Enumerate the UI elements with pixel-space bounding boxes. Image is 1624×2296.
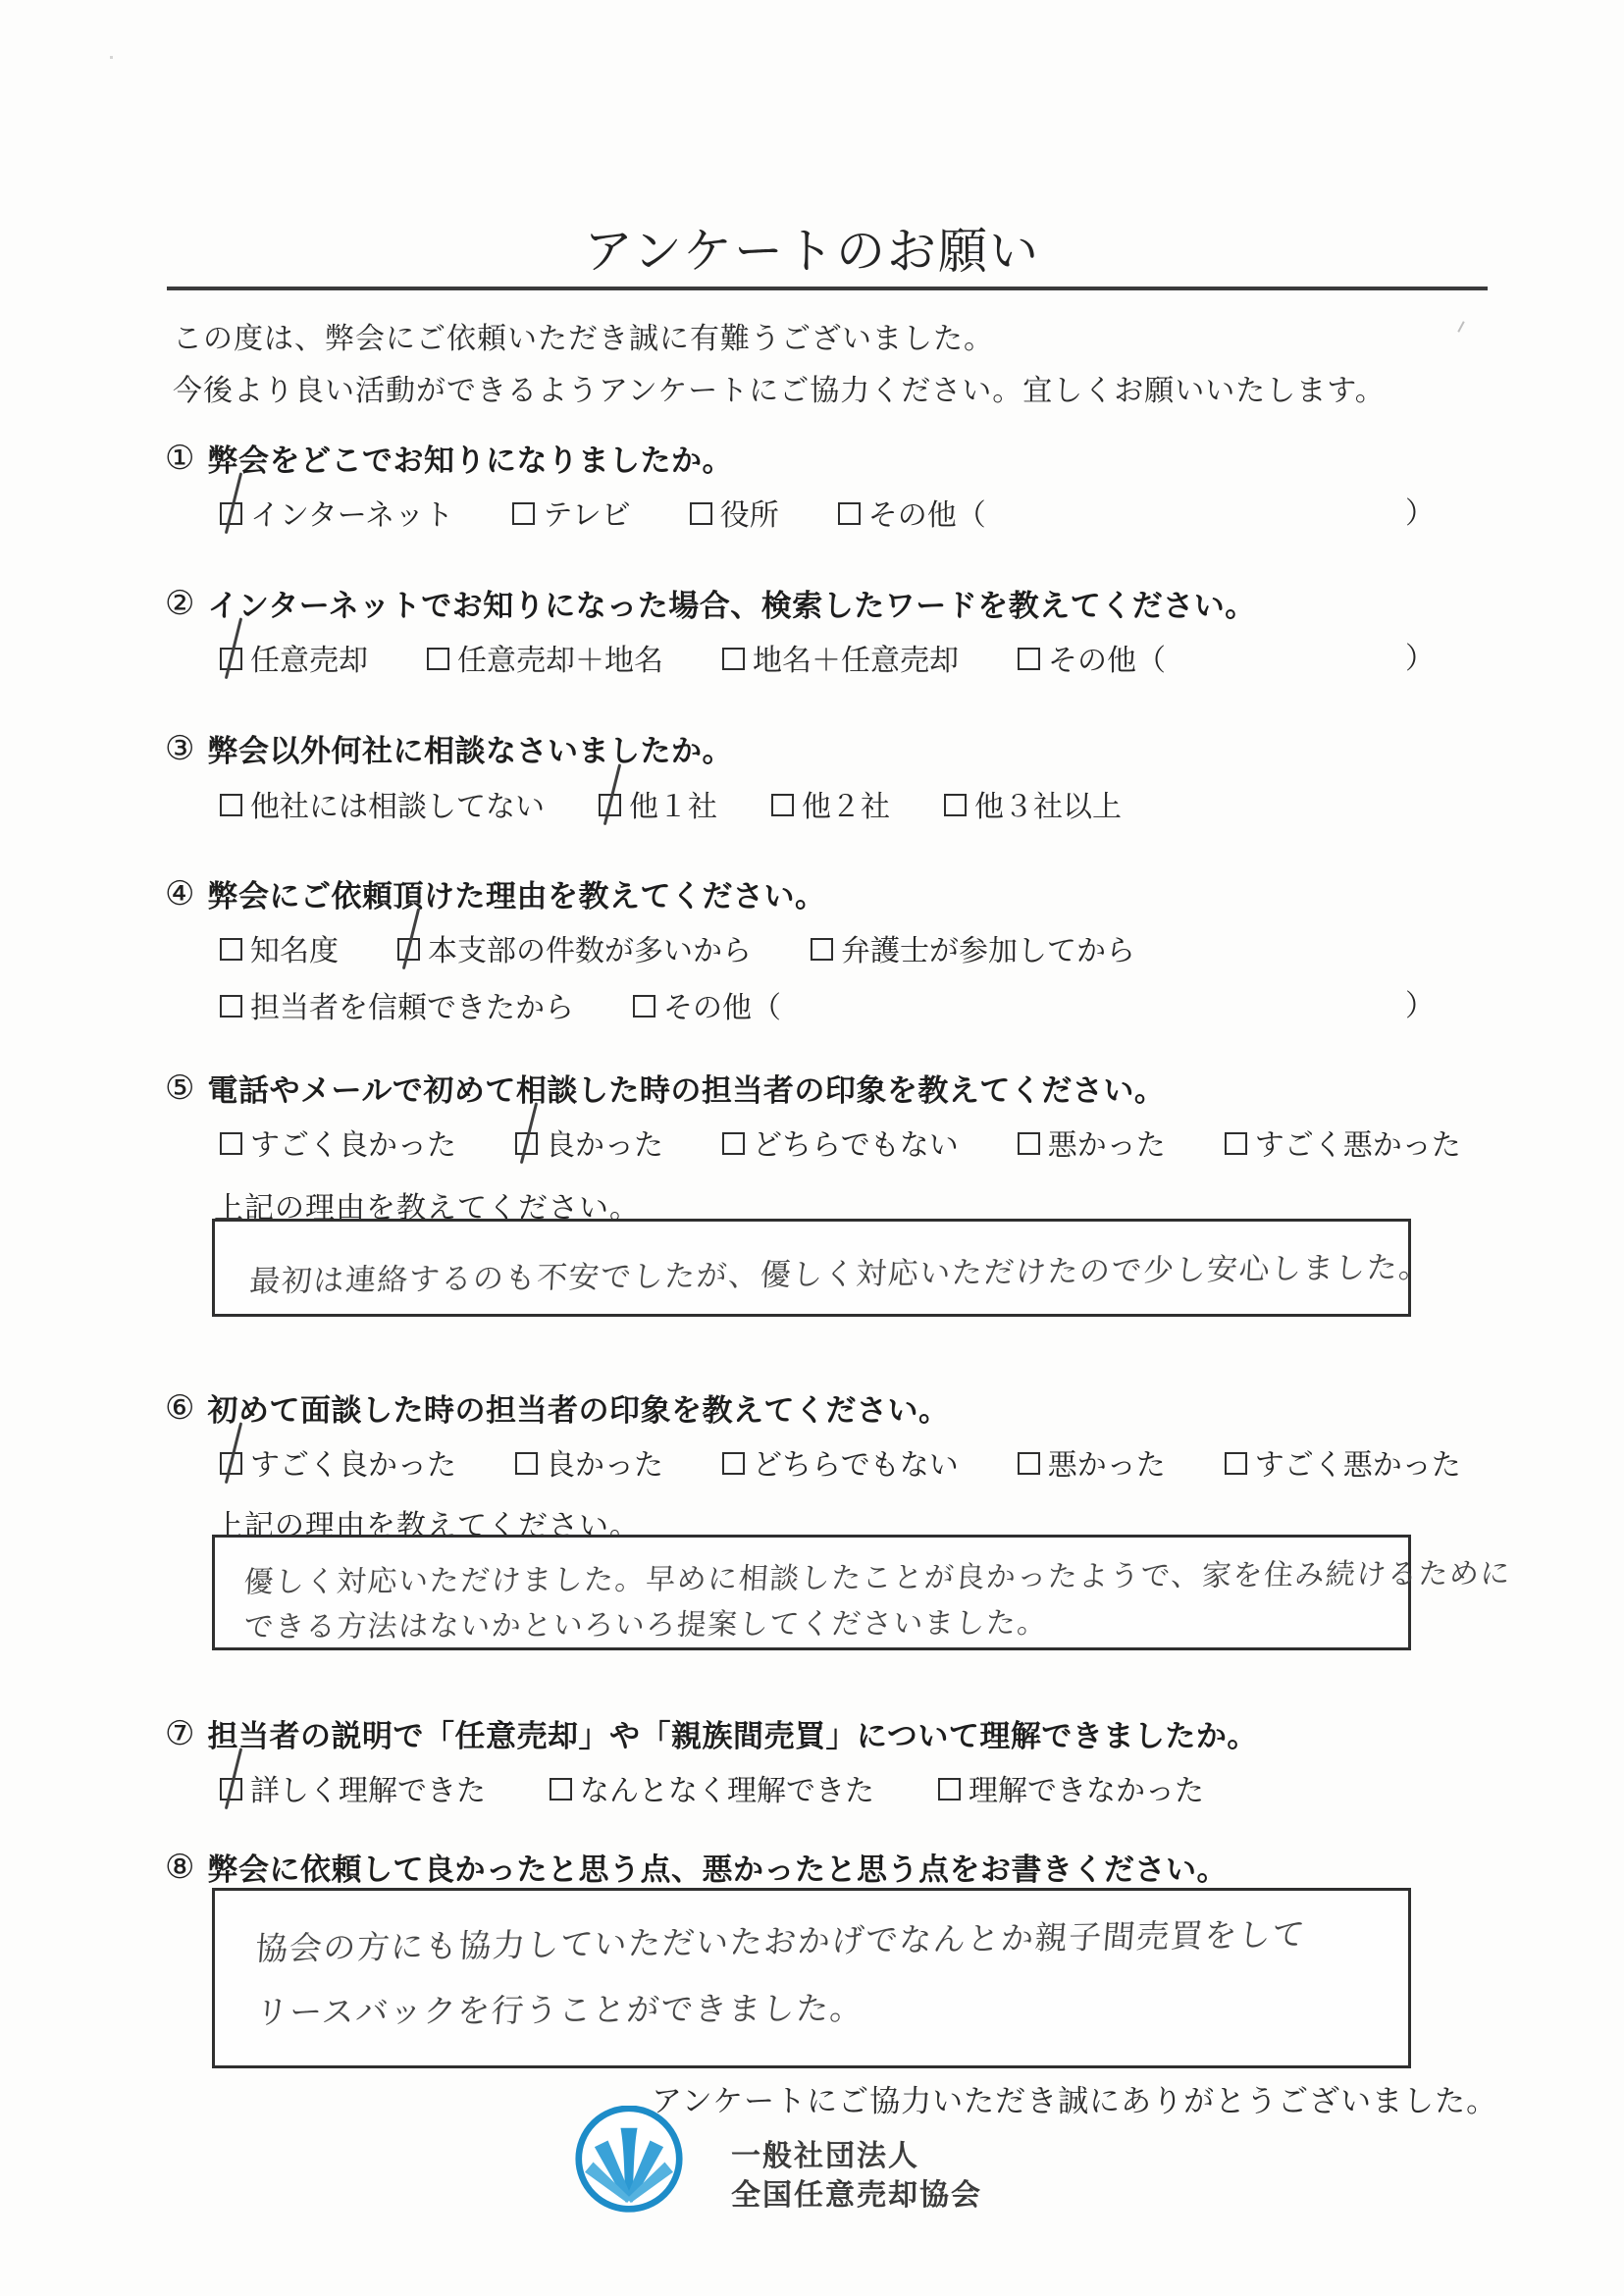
option: 役所 bbox=[690, 491, 779, 534]
option-label: テレビ bbox=[543, 491, 630, 534]
checkbox bbox=[938, 1778, 961, 1800]
checkbox bbox=[220, 794, 242, 816]
option-label: 他１社 bbox=[629, 782, 717, 825]
option: その他（ bbox=[1018, 636, 1166, 679]
option-label: 理解できなかった bbox=[969, 1766, 1204, 1809]
option-label: 本支部の件数が多いから bbox=[428, 926, 752, 969]
question-5-options: すごく良かった 良かった どちらでもない 悪かった すごく悪かった bbox=[220, 1121, 1461, 1164]
question-3-header: ③ 弊会以外何社に相談なさいましたか。 bbox=[165, 726, 733, 770]
thanks-text: アンケートにご協力いただき誠にありがとうございました。 bbox=[652, 2076, 1497, 2120]
comment-box-q8: 協会の方にも協力していただいたおかげでなんとか親子間売買をして リースバックを行… bbox=[212, 1888, 1411, 2068]
option-label: 役所 bbox=[720, 491, 779, 534]
checkbox bbox=[599, 794, 621, 816]
checkbox bbox=[427, 648, 449, 670]
intro-line-1: この度は、弊会にご依頼いただき誠に有難うございました。 bbox=[173, 314, 994, 357]
checkbox bbox=[220, 1132, 242, 1155]
option-label: すごく良かった bbox=[250, 1121, 456, 1164]
fan-logo-icon bbox=[572, 2106, 686, 2216]
option-label: なんとなく理解できた bbox=[580, 1766, 874, 1809]
option-label: どちらでもない bbox=[753, 1121, 959, 1164]
question-3-number: ③ bbox=[165, 732, 194, 765]
handwritten-comment: 協会の方にも協力していただいたおかげでなんとか親子間売買をして bbox=[254, 1909, 1308, 1970]
option-label: どちらでもない bbox=[753, 1440, 959, 1484]
option: 理解できなかった bbox=[938, 1766, 1204, 1809]
checkbox bbox=[811, 938, 833, 961]
question-5-text: 電話やメールで初めて相談した時の担当者の印象を教えてください。 bbox=[207, 1066, 1165, 1110]
checkbox bbox=[1225, 1452, 1247, 1475]
option: 弁護士が参加してから bbox=[811, 926, 1135, 969]
checkbox bbox=[1225, 1132, 1247, 1155]
question-7-number: ⑦ bbox=[165, 1717, 194, 1750]
option: 地名＋任意売却 bbox=[722, 636, 959, 679]
page-title: アンケートのお願い bbox=[0, 212, 1624, 283]
question-4-options-row2: 担当者を信頼できたから その他（ bbox=[220, 983, 781, 1026]
checkbox bbox=[220, 995, 242, 1018]
option: 担当者を信頼できたから bbox=[220, 983, 574, 1026]
checkbox bbox=[1018, 1132, 1040, 1155]
question-2-number: ② bbox=[165, 587, 194, 620]
option: すごく悪かった bbox=[1225, 1440, 1461, 1484]
option: 悪かった bbox=[1018, 1121, 1166, 1164]
question-7-options: 詳しく理解できた なんとなく理解できた 理解できなかった bbox=[220, 1766, 1204, 1809]
checkbox bbox=[220, 1778, 242, 1800]
checkbox bbox=[515, 1452, 538, 1475]
option-label: 他２社 bbox=[802, 782, 890, 825]
checkbox bbox=[220, 938, 242, 961]
checkbox bbox=[550, 1778, 572, 1800]
checkbox bbox=[1018, 1452, 1040, 1475]
option-label: 他社には相談してない bbox=[250, 782, 545, 825]
option: 良かった bbox=[515, 1440, 663, 1484]
checkbox bbox=[722, 1452, 745, 1475]
checkbox bbox=[771, 794, 794, 816]
option-label: その他（ bbox=[868, 491, 986, 534]
checkbox bbox=[722, 1132, 745, 1155]
checkbox bbox=[220, 502, 242, 525]
checkbox bbox=[515, 1132, 538, 1155]
question-2-header: ② インターネットでお知りになった場合、検索したワードを教えてください。 bbox=[165, 581, 1256, 625]
question-2-text: インターネットでお知りになった場合、検索したワードを教えてください。 bbox=[207, 581, 1255, 625]
option-label: すごく良かった bbox=[250, 1440, 456, 1484]
comment-box-q5: 最初は連絡するのも不安でしたが、優しく対応いただけたので少し安心しました。 bbox=[212, 1219, 1411, 1317]
checkbox bbox=[633, 995, 655, 1018]
org-type: 一般社団法人 bbox=[731, 2137, 982, 2176]
question-1-options: インターネット テレビ 役所 その他（ bbox=[220, 491, 986, 534]
option-label: 弁護士が参加してから bbox=[841, 926, 1135, 969]
checkbox bbox=[722, 648, 745, 670]
option: どちらでもない bbox=[722, 1440, 959, 1484]
option-label: 知名度 bbox=[250, 926, 339, 969]
option-label: インターネット bbox=[250, 491, 453, 534]
option-label: 良かった bbox=[546, 1121, 663, 1164]
checkbox bbox=[944, 794, 967, 816]
handwritten-comment: できる方法はないかといろいろ提案してくださいました。 bbox=[242, 1598, 1049, 1645]
checkbox bbox=[838, 502, 861, 525]
option: テレビ bbox=[512, 491, 630, 534]
question-7-header: ⑦ 担当者の説明で「任意売却」や「親族間売買」について理解できましたか。 bbox=[165, 1711, 1258, 1755]
paren-close: ） bbox=[1405, 634, 1435, 677]
question-4-header: ④ 弊会にご依頼頂けた理由を教えてください。 bbox=[165, 871, 825, 915]
question-4-text: 弊会にご依頼頂けた理由を教えてください。 bbox=[207, 871, 825, 915]
option: 他３社以上 bbox=[944, 782, 1122, 825]
question-8-text: 弊会に依頼して良かったと思う点、悪かったと思う点をお書きください。 bbox=[207, 1845, 1228, 1889]
checkbox bbox=[397, 938, 420, 961]
option-label: 良かった bbox=[546, 1440, 663, 1484]
checkbox bbox=[220, 648, 242, 670]
scanned-survey-page: アンケートのお願い この度は、弊会にご依頼いただき誠に有難うございました。 今後… bbox=[0, 0, 1624, 2296]
option-label: すごく悪かった bbox=[1255, 1440, 1461, 1484]
option-label: 任意売却＋地名 bbox=[457, 636, 663, 679]
question-2-options: 任意売却 任意売却＋地名 地名＋任意売却 その他（ bbox=[220, 636, 1166, 679]
question-4-number: ④ bbox=[165, 877, 194, 911]
checkbox bbox=[220, 1452, 242, 1475]
paren-close: ） bbox=[1405, 981, 1435, 1024]
paren-close: ） bbox=[1405, 489, 1435, 532]
option: 任意売却＋地名 bbox=[427, 636, 663, 679]
option-label: すごく悪かった bbox=[1255, 1121, 1461, 1164]
question-1-number: ① bbox=[165, 442, 194, 475]
question-1-header: ① 弊会をどこでお知りになりましたか。 bbox=[165, 436, 733, 480]
question-6-options: すごく良かった 良かった どちらでもない 悪かった すごく悪かった bbox=[220, 1440, 1461, 1484]
intro-line-2: 今後より良い活動ができるようアンケートにご協力ください。宜しくお願いいたします。 bbox=[173, 366, 1386, 409]
question-4-options-row1: 知名度 本支部の件数が多いから 弁護士が参加してから bbox=[220, 926, 1135, 969]
scan-artifact bbox=[110, 56, 113, 59]
option: 他１社 bbox=[599, 782, 717, 825]
option-label: 他３社以上 bbox=[974, 782, 1122, 825]
question-8-header: ⑧ 弊会に依頼して良かったと思う点、悪かったと思う点をお書きください。 bbox=[165, 1845, 1228, 1889]
option: 詳しく理解できた bbox=[220, 1766, 486, 1809]
question-5-number: ⑤ bbox=[165, 1071, 194, 1105]
question-6-number: ⑥ bbox=[165, 1391, 194, 1425]
question-3-options: 他社には相談してない 他１社 他２社 他３社以上 bbox=[220, 782, 1122, 825]
option: 知名度 bbox=[220, 926, 339, 969]
title-divider bbox=[167, 287, 1488, 290]
question-5-header: ⑤ 電話やメールで初めて相談した時の担当者の印象を教えてください。 bbox=[165, 1066, 1165, 1110]
option: インターネット bbox=[220, 491, 453, 534]
option-label: その他（ bbox=[1048, 636, 1166, 679]
handwritten-comment: 最初は連絡するのも不安でしたが、優しく対応いただけたので少し安心しました。 bbox=[248, 1242, 1432, 1301]
handwritten-comment: リースバックを行うことができました。 bbox=[254, 1983, 866, 2033]
checkbox bbox=[1018, 648, 1040, 670]
option: その他（ bbox=[838, 491, 986, 534]
option: 本支部の件数が多いから bbox=[397, 926, 752, 969]
option-label: 悪かった bbox=[1048, 1440, 1166, 1484]
option-label: その他（ bbox=[663, 983, 781, 1026]
question-1-text: 弊会をどこでお知りになりましたか。 bbox=[207, 436, 733, 480]
option-label: 地名＋任意売却 bbox=[753, 636, 959, 679]
comment-box-q6: 優しく対応いただけました。早めに相談したことが良かったようで、家を住み続けるため… bbox=[212, 1535, 1411, 1650]
option: 悪かった bbox=[1018, 1440, 1166, 1484]
question-7-text: 担当者の説明で「任意売却」や「親族間売買」について理解できましたか。 bbox=[207, 1711, 1257, 1755]
checkbox bbox=[690, 502, 712, 525]
option-label: 任意売却 bbox=[250, 636, 368, 679]
question-3-text: 弊会以外何社に相談なさいましたか。 bbox=[207, 726, 733, 770]
question-6-text: 初めて面談した時の担当者の印象を教えてください。 bbox=[207, 1385, 949, 1430]
question-8-number: ⑧ bbox=[165, 1851, 194, 1884]
option: すごく良かった bbox=[220, 1121, 456, 1164]
option-label: 担当者を信頼できたから bbox=[250, 983, 574, 1026]
option: どちらでもない bbox=[722, 1121, 959, 1164]
option: なんとなく理解できた bbox=[550, 1766, 874, 1809]
org-logo-text: 一般社団法人 全国任意売却協会 bbox=[731, 2137, 982, 2216]
checkbox bbox=[512, 502, 535, 525]
option: 良かった bbox=[515, 1121, 663, 1164]
option: 他２社 bbox=[771, 782, 890, 825]
option: 他社には相談してない bbox=[220, 782, 545, 825]
scan-artifact bbox=[1457, 321, 1464, 333]
org-logo bbox=[572, 2106, 686, 2220]
option: すごく良かった bbox=[220, 1440, 456, 1484]
handwritten-comment: 優しく対応いただけました。早めに相談したことが良かったようで、家を住み続けるため… bbox=[242, 1548, 1512, 1600]
option: すごく悪かった bbox=[1225, 1121, 1461, 1164]
option: 任意売却 bbox=[220, 636, 368, 679]
option: その他（ bbox=[633, 983, 781, 1026]
question-6-header: ⑥ 初めて面談した時の担当者の印象を教えてください。 bbox=[165, 1385, 949, 1430]
option-label: 悪かった bbox=[1048, 1121, 1166, 1164]
org-name: 全国任意売却協会 bbox=[731, 2176, 982, 2216]
option-label: 詳しく理解できた bbox=[250, 1766, 486, 1809]
